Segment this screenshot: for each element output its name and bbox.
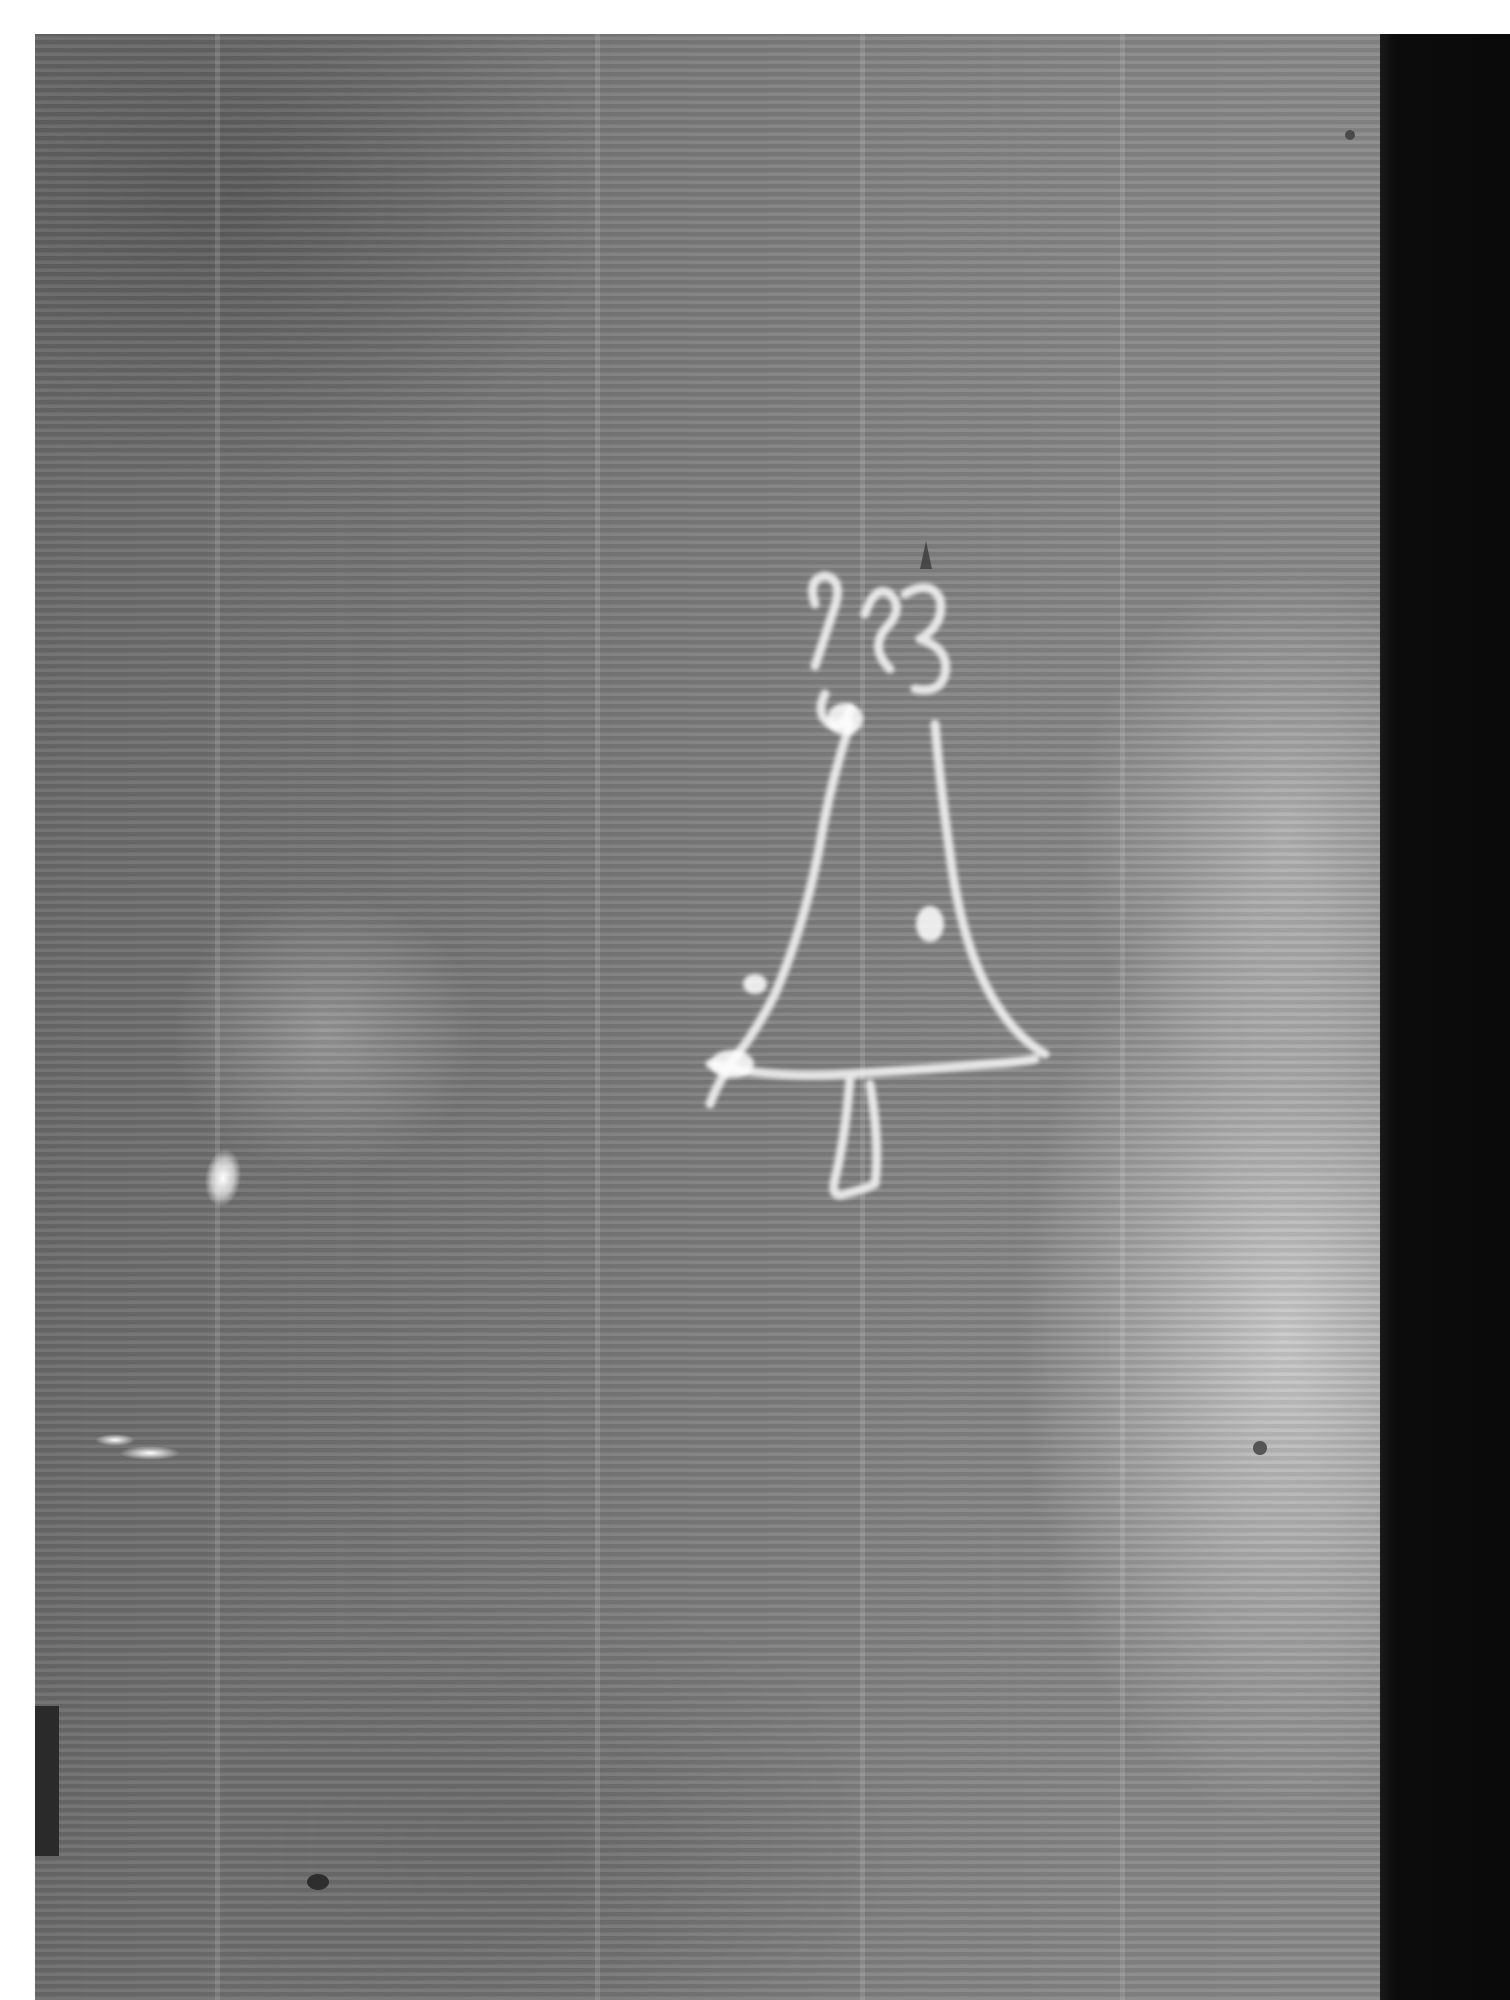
bell-watermark xyxy=(35,34,1510,2000)
dark-edge-band xyxy=(1380,34,1510,2000)
dark-rectangle xyxy=(35,1706,59,1856)
photo-frame xyxy=(35,34,1510,2000)
